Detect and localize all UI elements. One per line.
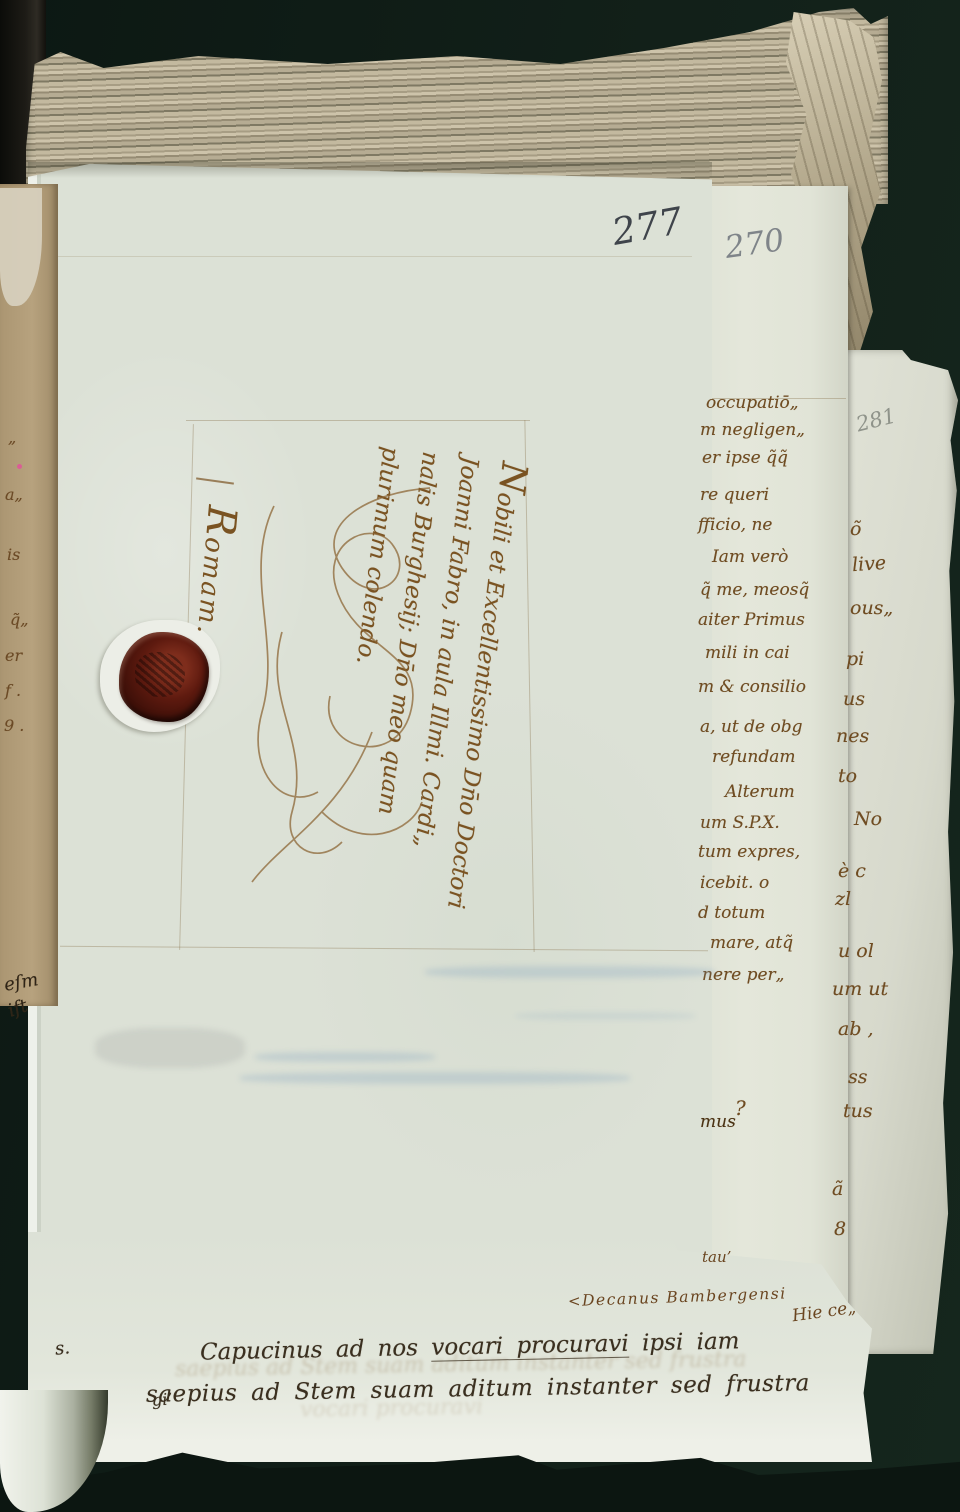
edge-fragment: is [7, 545, 20, 564]
showthrough-smudge [515, 1012, 695, 1020]
latin-line: er ipse q̃q̃ [702, 448, 788, 468]
edge-fragment: ã [832, 1178, 843, 1200]
fold-crease-top [186, 420, 530, 421]
latin-line: re queri [700, 485, 769, 505]
line1-post: ipsi iam [628, 1328, 739, 1356]
latin-line: mare, atq̃ [710, 933, 793, 953]
latin-line: mus [700, 1112, 736, 1132]
fold-crease-upper [42, 256, 692, 257]
margin-fragment: s. [54, 1337, 71, 1359]
edge-fragment: 8 [834, 1218, 846, 1240]
margin-fragment: gi’ [151, 1389, 173, 1409]
edge-fragment: live [851, 552, 887, 576]
latin-line: aiter Primus [698, 610, 805, 630]
red-wax-seal [119, 632, 209, 722]
edge-fragment: ous„ [850, 597, 893, 619]
latin-line: q̃ me, meosq̃ [700, 580, 809, 600]
note-tau: tau’ [702, 1248, 731, 1266]
stack-shadow [28, 162, 712, 178]
edge-fragment: u ol [838, 940, 874, 962]
latin-line: fficio, ne [698, 515, 773, 535]
latin-line: m negligen„ [700, 420, 805, 440]
photograph-archive-volume: 281 270 277 Nobili et Excellentissimo Dn… [0, 0, 960, 1512]
edge-fragment: nes [836, 725, 869, 747]
line1-pre: Capucinus ad nos [200, 1335, 432, 1366]
edge-fragment: ab , [838, 1018, 874, 1040]
latin-line: d totum [698, 903, 765, 923]
line1-underlined: vocari procuravi [431, 1331, 629, 1362]
edge-fragment: No [854, 808, 882, 830]
edge-fragment: um ut [832, 978, 888, 1000]
faint-scribble [95, 1028, 245, 1068]
edge-fragment: õ [850, 518, 861, 540]
edge-fragment: f . [5, 681, 21, 700]
pink-marker-dot [17, 464, 22, 469]
latin-line: Alterum [725, 782, 795, 802]
latin-line: nere per„ [702, 965, 784, 985]
old-tan-leaf [0, 184, 58, 1006]
edge-fragment: q̃„ [10, 610, 29, 629]
latin-line: um S.P.X. [700, 813, 780, 833]
address-flourish [222, 482, 452, 902]
edge-fragment: è c [838, 860, 866, 882]
leaf-281 [834, 350, 958, 1354]
insertion-mark: < [568, 1292, 581, 1310]
latin-line: m & consilio [698, 677, 806, 697]
showthrough-smudge [425, 966, 715, 978]
latin-line: ? [735, 1096, 746, 1120]
latin-line: Iam verò [712, 547, 788, 567]
latin-line: occupatiō„ [706, 393, 799, 413]
edge-fragment: us [843, 688, 865, 710]
latin-line: icebit. o [700, 873, 769, 893]
edge-fragment: to [838, 765, 857, 787]
latin-line: mili in cai [705, 643, 790, 663]
edge-fragment: a„ [5, 485, 23, 504]
edge-fragment: ss [848, 1066, 868, 1088]
edge-fragment: pi [846, 648, 864, 670]
edge-fragment: „ [8, 428, 16, 447]
latin-line: refundam [712, 747, 796, 767]
showthrough-smudge [240, 1072, 630, 1084]
showthrough-smudge [255, 1052, 435, 1062]
latin-line: a, ut de obg [700, 717, 802, 737]
edge-fragment: er [5, 646, 22, 665]
edge-fragment: 9 . [4, 716, 24, 735]
latin-line: tum expres, [698, 842, 800, 862]
edge-fragment: zl [835, 888, 851, 910]
edge-fragment: tus [843, 1100, 873, 1122]
